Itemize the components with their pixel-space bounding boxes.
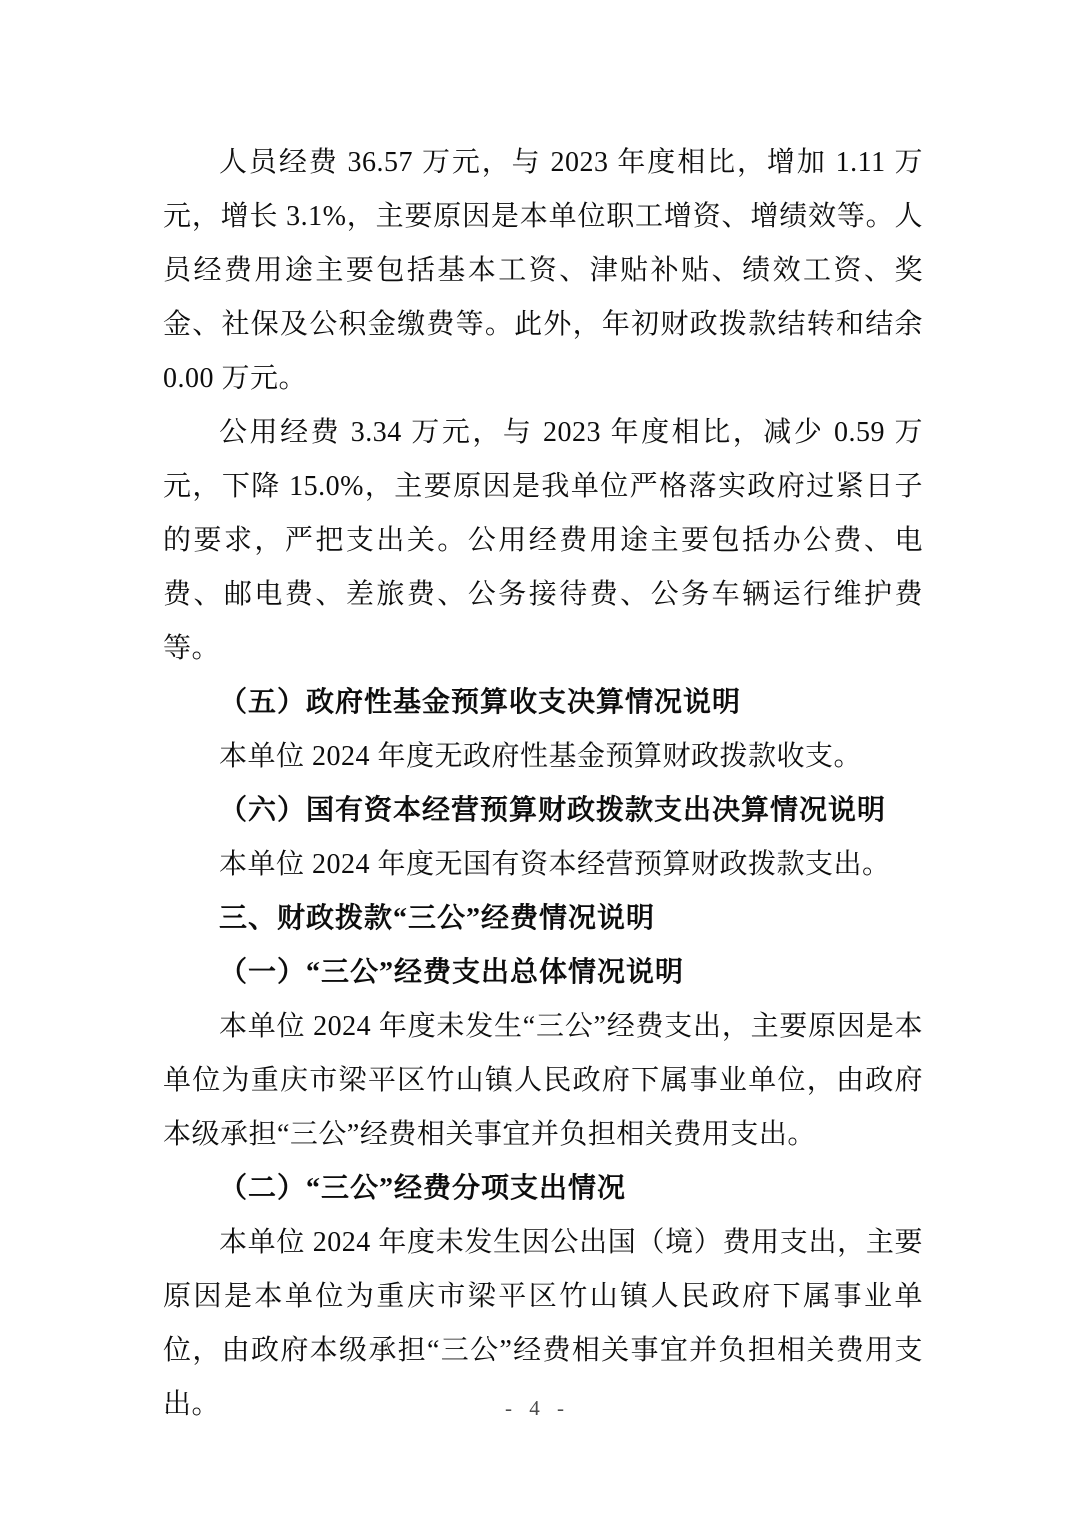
page-footer: - 4 -	[0, 1396, 1075, 1421]
paragraph-personnel-funds: 人员经费 36.57 万元，与 2023 年度相比，增加 1.11 万元，增长 …	[163, 136, 923, 406]
paragraph-sangong-overall: 本单位 2024 年度未发生“三公”经费支出，主要原因是本单位为重庆市梁平区竹山…	[163, 1000, 923, 1162]
heading-section-five-gov-fund-budget: （五）政府性基金预算收支决算情况说明	[163, 676, 923, 730]
paragraph-state-capital-none: 本单位 2024 年度无国有资本经营预算财政拨款支出。	[163, 838, 923, 892]
document-content: 人员经费 36.57 万元，与 2023 年度相比，增加 1.11 万元，增长 …	[163, 136, 923, 1432]
heading-subsection-one-sangong-overall: （一）“三公”经费支出总体情况说明	[163, 946, 923, 1000]
heading-subsection-two-sangong-itemized: （二）“三公”经费分项支出情况	[163, 1162, 923, 1216]
heading-section-six-state-capital: （六）国有资本经营预算财政拨款支出决算情况说明	[163, 784, 923, 838]
paragraph-public-funds: 公用经费 3.34 万元，与 2023 年度相比，减少 0.59 万元，下降 1…	[163, 406, 923, 676]
paragraph-gov-fund-none: 本单位 2024 年度无政府性基金预算财政拨款收支。	[163, 730, 923, 784]
heading-chapter-three-sangong-funds: 三、财政拨款“三公”经费情况说明	[163, 892, 923, 946]
page-number: - 4 -	[505, 1396, 570, 1420]
document-page: 人员经费 36.57 万元，与 2023 年度相比，增加 1.11 万元，增长 …	[0, 0, 1075, 1520]
